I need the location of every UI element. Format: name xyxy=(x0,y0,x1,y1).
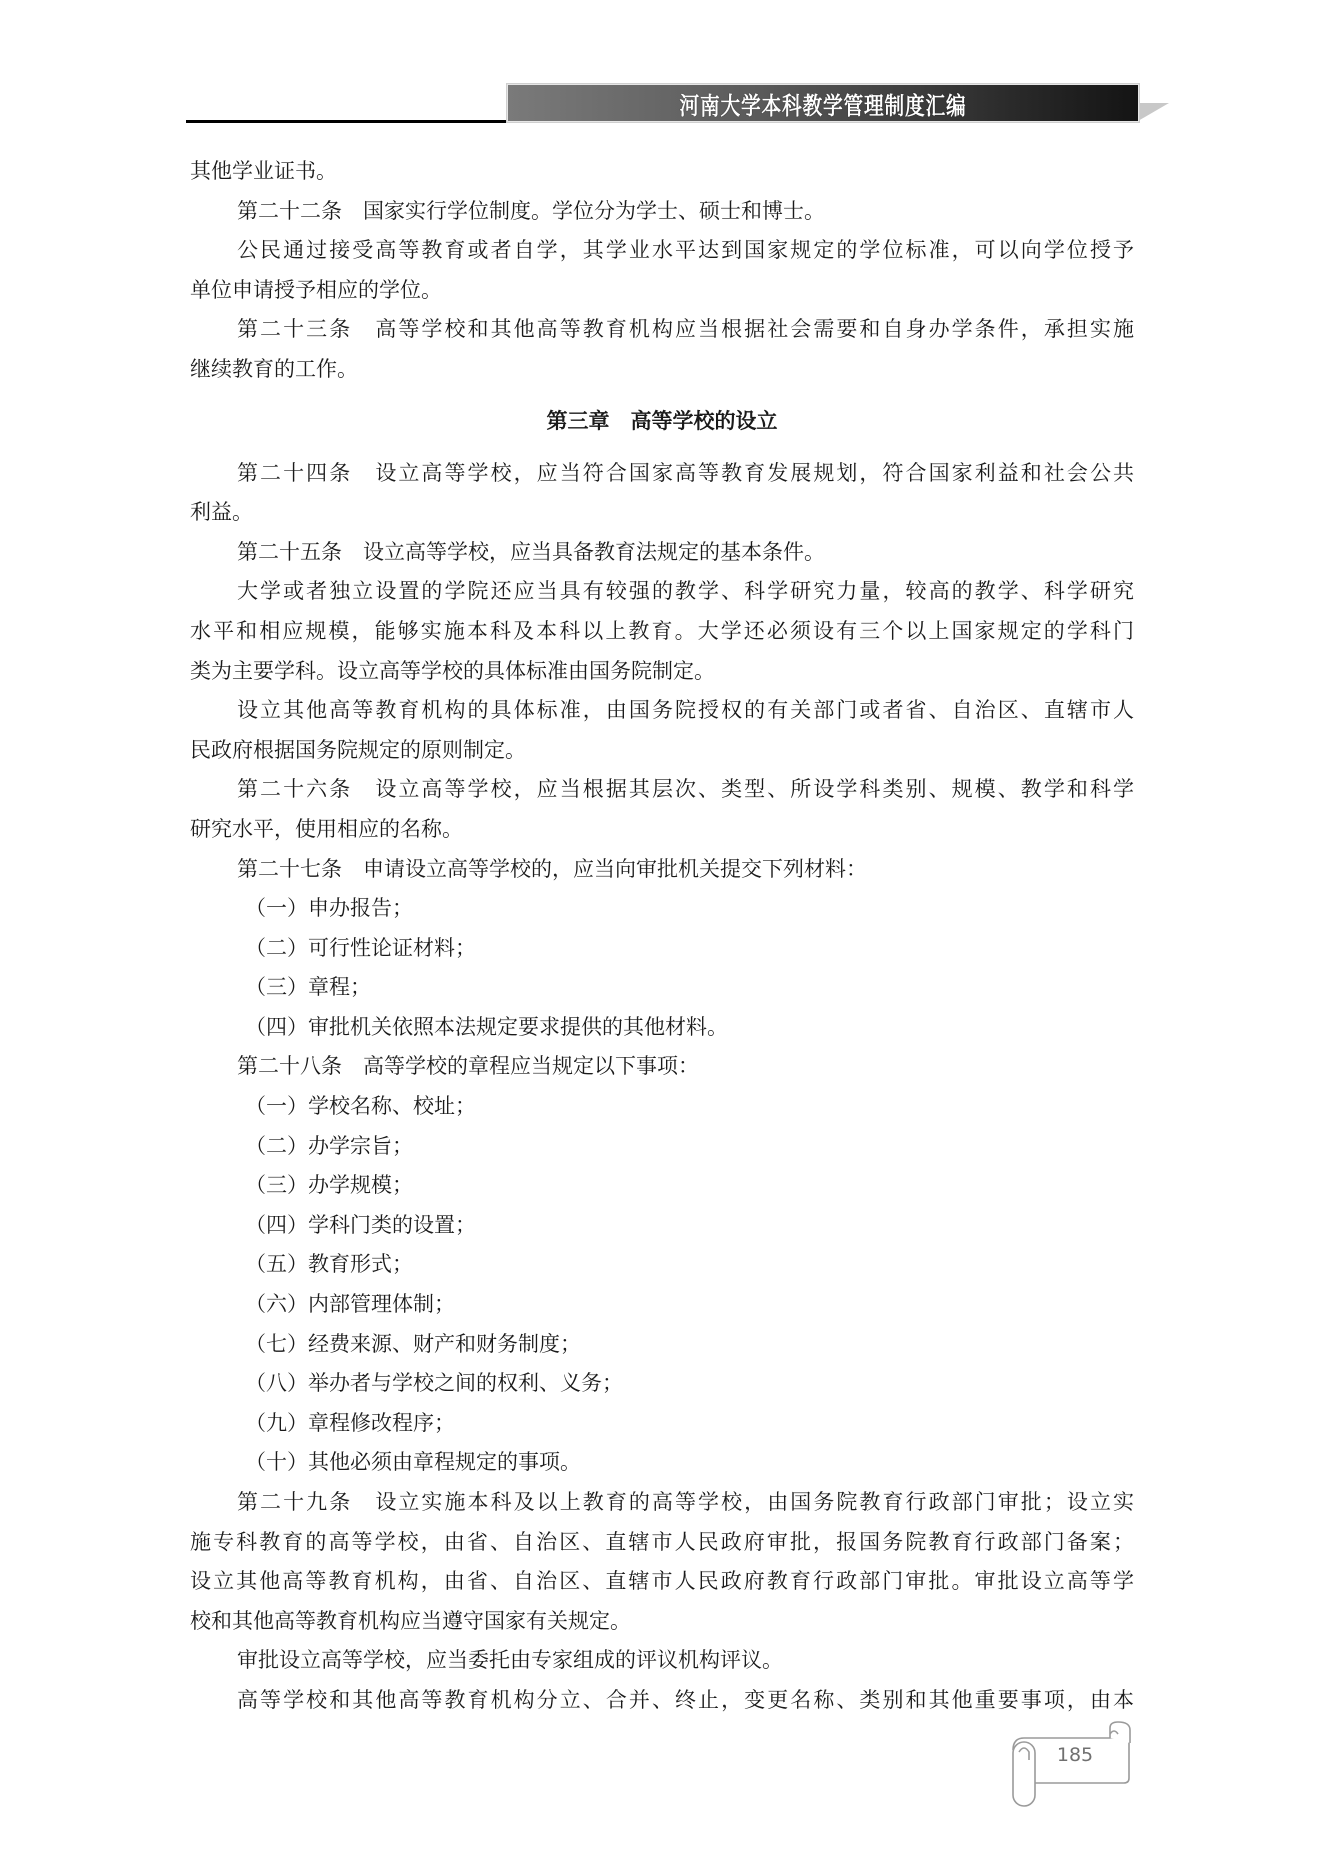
paragraph-group-1: 其他学业证书。第二十二条 国家实行学位制度。学位分为学士、硕士和博士。公民通过接… xyxy=(190,152,1134,390)
list-item: （一）申办报告； xyxy=(190,889,1134,929)
chapter-title: 第三章 高等学校的设立 xyxy=(190,388,1134,454)
text-line: 研究水平，使用相应的名称。 xyxy=(190,810,1134,850)
list-item: （四）审批机关依照本法规定要求提供的其他材料。 xyxy=(190,1008,1134,1048)
text-line: 其他学业证书。 xyxy=(190,152,1134,192)
list-item: （八）举办者与学校之间的权利、义务； xyxy=(190,1364,1134,1404)
header-band: 河南大学本科教学管理制度汇编 xyxy=(507,84,1139,122)
list-item: （三）办学规模； xyxy=(190,1166,1134,1206)
text-line: 公民通过接受高等教育或者自学，其学业水平达到国家规定的学位标准，可以向学位授予 xyxy=(190,231,1134,271)
list-item: （七）经费来源、财产和财务制度； xyxy=(190,1325,1134,1365)
text-line: 高等学校和其他高等教育机构分立、合并、终止，变更名称、类别和其他重要事项，由本 xyxy=(190,1681,1134,1721)
text-line: 单位申请授予相应的学位。 xyxy=(190,271,1134,311)
header-corner-triangle xyxy=(1136,95,1172,123)
text-line: 第二十九条 设立实施本科及以上教育的高等学校，由国务院教育行政部门审批；设立实 xyxy=(190,1483,1134,1523)
text-line: 第二十四条 设立高等学校，应当符合国家高等教育发展规划，符合国家利益和社会公共 xyxy=(190,454,1134,494)
text-line: 审批设立高等学校，应当委托由专家组成的评议机构评议。 xyxy=(190,1641,1134,1681)
list-item: （九）章程修改程序； xyxy=(190,1404,1134,1444)
list-item: （一）学校名称、校址； xyxy=(190,1087,1134,1127)
text-line: 第二十七条 申请设立高等学校的，应当向审批机关提交下列材料： xyxy=(190,850,1134,890)
text-line: 设立其他高等教育机构的具体标准，由国务院授权的有关部门或者省、自治区、直辖市人 xyxy=(190,691,1134,731)
list-item: （六）内部管理体制； xyxy=(190,1285,1134,1325)
list-item: （三）章程； xyxy=(190,968,1134,1008)
text-line: 第二十八条 高等学校的章程应当规定以下事项： xyxy=(190,1047,1134,1087)
text-line: 大学或者独立设置的学院还应当具有较强的教学、科学研究力量，较高的教学、科学研究 xyxy=(190,572,1134,612)
text-line: 类为主要学科。设立高等学校的具体标准由国务院制定。 xyxy=(190,652,1134,692)
list-item: （四）学科门类的设置； xyxy=(190,1206,1134,1246)
page-number: 185 xyxy=(1040,1744,1110,1766)
text-line: 施专科教育的高等学校，由省、自治区、直辖市人民政府审批，报国务院教育行政部门备案… xyxy=(190,1523,1134,1563)
text-line: 利益。 xyxy=(190,493,1134,533)
text-line: 设立其他高等教育机构，由省、自治区、直辖市人民政府教育行政部门审批。审批设立高等… xyxy=(190,1562,1134,1602)
text-line: 第二十六条 设立高等学校，应当根据其层次、类型、所设学科类别、规模、教学和科学 xyxy=(190,770,1134,810)
list-item: （二）办学宗旨； xyxy=(190,1127,1134,1167)
header-title: 河南大学本科教学管理制度汇编 xyxy=(680,86,967,121)
list-item: （十）其他必须由章程规定的事项。 xyxy=(190,1443,1134,1483)
document-body: 其他学业证书。第二十二条 国家实行学位制度。学位分为学士、硕士和博士。公民通过接… xyxy=(190,152,1134,1721)
paragraph-group-2: 第二十四条 设立高等学校，应当符合国家高等教育发展规划，符合国家利益和社会公共利… xyxy=(190,454,1134,1721)
text-line: 继续教育的工作。 xyxy=(190,350,1134,390)
text-line: 第二十三条 高等学校和其他高等教育机构应当根据社会需要和自身办学条件，承担实施 xyxy=(190,310,1134,350)
list-item: （五）教育形式； xyxy=(190,1245,1134,1285)
text-line: 第二十二条 国家实行学位制度。学位分为学士、硕士和博士。 xyxy=(190,192,1134,232)
text-line: 校和其他高等教育机构应当遵守国家有关规定。 xyxy=(190,1602,1134,1642)
text-line: 第二十五条 设立高等学校，应当具备教育法规定的基本条件。 xyxy=(190,533,1134,573)
text-line: 水平和相应规模，能够实施本科及本科以上教育。大学还必须设有三个以上国家规定的学科… xyxy=(190,612,1134,652)
list-item: （二）可行性论证材料； xyxy=(190,929,1134,969)
text-line: 民政府根据国务院规定的原则制定。 xyxy=(190,731,1134,771)
